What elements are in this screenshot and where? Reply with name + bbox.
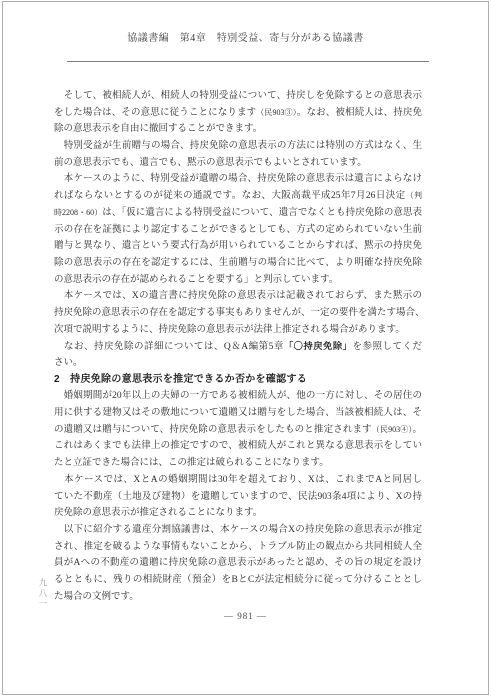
body-line: 除の意思表示の存在を認定するには、生前贈与の場合に比べて、より明確な持戻免除 bbox=[54, 255, 422, 272]
body-line: 員がAへの不動産の遺贈に持戻免除の意思表示があったと認め、その旨の規定を設け bbox=[54, 555, 422, 572]
body-line: 次項で説明するように、持戻免除の意思表示が法律上推定される場合があります。 bbox=[54, 322, 422, 339]
body-text: そして、被相続人が、相続人の特別受益について、持戻しを免除するとの意思表示をした… bbox=[54, 88, 422, 605]
body-line: 本ケースでは、XとAの婚姻期間は30年を超えており、Xは、これまでAと同居し bbox=[54, 472, 422, 489]
citation-text: （判 bbox=[406, 191, 422, 200]
body-line: され、推定を破るような事情もないことから、トラブル防止の観点から共同相続人全 bbox=[54, 539, 422, 556]
body-line: 持戻免除の意思表示の存在を認定する事実もありませんが、一定の要件を満たす場合、 bbox=[54, 305, 422, 322]
body-line: 時2208・60）は、「仮に遺言による特別受益について、遺言でなくとも持戻免除の… bbox=[54, 205, 422, 222]
body-line: これはあくまでも法律上の推定ですので、被相続人がこれと異なる意思表示をしてい bbox=[54, 438, 422, 455]
body-line: さい。 bbox=[54, 355, 422, 372]
body-line: 以下に紹介する遺産分割協議書は、本ケースの場合Xの持戻免除の意思表示が推定 bbox=[54, 522, 422, 539]
page-header-title: 協議書編 第4章 特別受益、寄与分がある協議書 bbox=[3, 29, 488, 44]
body-line: 特別受益が生前贈与の場合、持戻免除の意思表示の方法には特別の方式はなく、生 bbox=[54, 138, 422, 155]
body-line: 除の意思表示を自由に撤回することができます。 bbox=[54, 121, 422, 138]
body-line: 用に供する建物又はその敷地について遺贈又は贈与をした場合、当該被相続人は、そ bbox=[54, 405, 422, 422]
header-rule-divider bbox=[67, 61, 429, 62]
citation-text: 時2208・60） bbox=[54, 208, 102, 217]
body-line: 示の存在を証拠により認定することができるとしても、方式の定められていない生前 bbox=[54, 222, 422, 239]
citation-text: （民903④） bbox=[372, 425, 413, 434]
book-page: 協議書編 第4章 特別受益、寄与分がある協議書 そして、被相続人が、相続人の特別… bbox=[2, 1, 489, 695]
body-line: 本ケースのように、特別受益が遺贈の場合、持戻免除の意思表示は遺言によらなけ bbox=[54, 171, 422, 188]
body-line: るとともに、残りの相続財産（預金）をBとCが法定相続分に従って分けることとし bbox=[54, 572, 422, 589]
section-heading: 2 持戻免除の意思表示を推定できるか否かを確認する bbox=[54, 372, 422, 389]
body-line: ていた不動産（土地及び建物）を遺贈していますので、民法903条4項により、Xの持 bbox=[54, 489, 422, 506]
side-page-number: 九八一 bbox=[37, 578, 49, 610]
body-line: の遺贈又は贈与について、持戻免除の意思表示をしたものと推定されます（民903④）… bbox=[54, 422, 422, 439]
document-canvas: 協議書編 第4章 特別受益、寄与分がある協議書 そして、被相続人が、相続人の特別… bbox=[0, 0, 494, 700]
body-line: をした場合は、その意思に従うことになります（民903③）。なお、被相続人は、持戻… bbox=[54, 105, 422, 122]
emphasized-term: 「〇持戻免除」 bbox=[284, 341, 353, 351]
body-line: そして、被相続人が、相続人の特別受益について、持戻しを免除するとの意思表示 bbox=[54, 88, 422, 105]
body-line: たと立証できた場合には、この推定は破られることになります。 bbox=[54, 455, 422, 472]
citation-text: （民903③） bbox=[256, 108, 297, 117]
body-line: 贈与と異なり、遺言という要式行為が用いられていることからすれば、黙示の持戻免 bbox=[54, 238, 422, 255]
body-line: 本ケースでは、Xの遺言書に持戻免除の意思表示は記載されておらず、また黙示の bbox=[54, 288, 422, 305]
body-line: 婚姻期間が20年以上の夫婦の一方である被相続人が、他の一方に対し、その居住の bbox=[54, 388, 422, 405]
body-line: ればならないとするのが従来の通説です。なお、大阪高裁平成25年7月26日決定（判 bbox=[54, 188, 422, 205]
footer-page-number: — 981 — bbox=[3, 611, 488, 621]
body-line: なお、持戻免除の詳細については、Q＆A編第5章「〇持戻免除」を参照してくだ bbox=[54, 338, 422, 355]
body-line: た場合の文例です。 bbox=[54, 589, 422, 606]
body-line: 前の意思表示でも、遺言でも、黙示の意思表示でもよいとされています。 bbox=[54, 155, 422, 172]
body-line: の意思表示の存在が認められることを要する」と判示しています。 bbox=[54, 272, 422, 289]
body-line: 戻免除の意思表示が推定されることになります。 bbox=[54, 505, 422, 522]
